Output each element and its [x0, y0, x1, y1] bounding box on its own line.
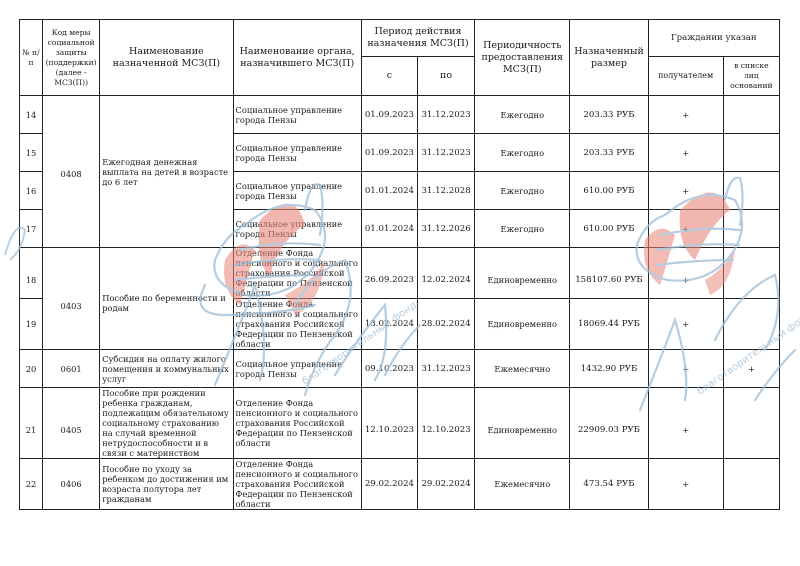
measure-name: Пособие при рождении ребенка гражданам, …	[100, 388, 233, 459]
period-to: 28.02.2024	[418, 299, 475, 350]
recipient-mark: +	[648, 388, 723, 459]
measure-code: 0403	[43, 248, 100, 350]
frequency: Ежемесячно	[475, 350, 570, 388]
period-to: 12.02.2024	[418, 248, 475, 299]
frequency: Ежемесячно	[475, 459, 570, 510]
period-from: 13.02.2024	[361, 299, 417, 350]
recipient-mark: +	[648, 248, 723, 299]
in-list-mark	[723, 210, 779, 248]
measure-name: Пособие по уходу за ребенком до достижен…	[100, 459, 233, 510]
period-from: 01.09.2023	[361, 96, 417, 134]
measure-code: 0601	[43, 350, 100, 388]
header-period: Период действия назначения МСЗ(П)	[361, 20, 474, 57]
period-from: 01.01.2024	[361, 172, 417, 210]
amount: 22909.03 РУБ	[570, 388, 648, 459]
organ-name: Социальное управление города Пензы	[233, 172, 361, 210]
recipient-mark: +	[648, 350, 723, 388]
measure-code: 0405	[43, 388, 100, 459]
measure-name: Ежегодная денежная выплата на детей в во…	[100, 96, 233, 248]
period-from: 01.01.2024	[361, 210, 417, 248]
row-number: 20	[20, 350, 43, 388]
header-citizen: Граждании указан	[648, 20, 779, 57]
table-row: 20 0601 Субсидия на оплату жилого помеще…	[20, 350, 780, 388]
recipient-mark: +	[648, 172, 723, 210]
period-from: 09.10.2023	[361, 350, 417, 388]
header-period-from: с	[361, 57, 417, 96]
amount: 473.54 РУБ	[570, 459, 648, 510]
recipient-mark: +	[648, 134, 723, 172]
in-list-mark	[723, 134, 779, 172]
period-from: 29.02.2024	[361, 459, 417, 510]
period-to: 12.10.2023	[418, 388, 475, 459]
amount: 610.00 РУБ	[570, 172, 648, 210]
organ-name: Социальное управление города Пензы	[233, 350, 361, 388]
recipient-mark: +	[648, 299, 723, 350]
in-list-mark	[723, 248, 779, 299]
header-organ: Наименование органа, назначившего МСЗ(П)	[233, 20, 361, 96]
period-to: 29.02.2024	[418, 459, 475, 510]
amount: 18069.44 РУБ	[570, 299, 648, 350]
period-to: 31.12.2023	[418, 96, 475, 134]
period-to: 31.12.2028	[418, 172, 475, 210]
row-number: 15	[20, 134, 43, 172]
organ-name: Отделение Фонда пенсионного и социальног…	[233, 248, 361, 299]
row-number: 14	[20, 96, 43, 134]
frequency: Ежегодно	[475, 210, 570, 248]
measure-code: 0408	[43, 96, 100, 248]
row-number: 21	[20, 388, 43, 459]
amount: 203.33 РУБ	[570, 134, 648, 172]
table-row: 14 0408 Ежегодная денежная выплата на де…	[20, 96, 780, 134]
header-name: Наименование назначенной МСЗ(П)	[100, 20, 233, 96]
organ-name: Отделение Фонда пенсионного и социальног…	[233, 459, 361, 510]
organ-name: Социальное управление города Пензы	[233, 134, 361, 172]
frequency: Ежегодно	[475, 96, 570, 134]
measure-code: 0406	[43, 459, 100, 510]
frequency: Единовременно	[475, 248, 570, 299]
row-number: 22	[20, 459, 43, 510]
period-from: 12.10.2023	[361, 388, 417, 459]
recipient-mark: +	[648, 210, 723, 248]
measure-name: Субсидия на оплату жилого помещения и ко…	[100, 350, 233, 388]
row-number: 17	[20, 210, 43, 248]
recipient-mark: +	[648, 459, 723, 510]
in-list-mark	[723, 96, 779, 134]
organ-name: Отделение Фонда пенсионного и социальног…	[233, 388, 361, 459]
measure-name: Пособие по беременности и родам	[100, 248, 233, 350]
frequency: Единовременно	[475, 388, 570, 459]
frequency: Ежегодно	[475, 134, 570, 172]
row-number: 18	[20, 248, 43, 299]
frequency: Единовременно	[475, 299, 570, 350]
recipient-mark: +	[648, 96, 723, 134]
header-amount: Назначенный размер	[570, 20, 648, 96]
header-frequency: Периодичность предоставления МСЗ(П)	[475, 20, 570, 96]
header-num: № п/п	[20, 20, 43, 96]
amount: 1432.90 РУБ	[570, 350, 648, 388]
frequency: Ежегодно	[475, 172, 570, 210]
table-row: 21 0405 Пособие при рождении ребенка гра…	[20, 388, 780, 459]
header-period-to: по	[418, 57, 475, 96]
in-list-mark: +	[723, 350, 779, 388]
period-to: 31.12.2023	[418, 350, 475, 388]
header-code: Код меры социальной защиты (поддержки) (…	[43, 20, 100, 96]
period-from: 26.09.2023	[361, 248, 417, 299]
header-in-list: в списке лиц оснований	[723, 57, 779, 96]
period-to: 31.12.2023	[418, 134, 475, 172]
organ-name: Отделение Фонда пенсионного и социальног…	[233, 299, 361, 350]
amount: 203.33 РУБ	[570, 96, 648, 134]
organ-name: Социальное управление города Пензы	[233, 210, 361, 248]
header-recipient: получателем	[648, 57, 723, 96]
in-list-mark	[723, 459, 779, 510]
in-list-mark	[723, 172, 779, 210]
benefits-table: № п/п Код меры социальной защиты (поддер…	[19, 19, 780, 510]
table-row: 22 0406 Пособие по уходу за ребенком до …	[20, 459, 780, 510]
period-to: 31.12.2026	[418, 210, 475, 248]
in-list-mark	[723, 388, 779, 459]
period-from: 01.09.2023	[361, 134, 417, 172]
in-list-mark	[723, 299, 779, 350]
row-number: 19	[20, 299, 43, 350]
row-number: 16	[20, 172, 43, 210]
amount: 158107.60 РУБ	[570, 248, 648, 299]
amount: 610.00 РУБ	[570, 210, 648, 248]
table-row: 18 0403 Пособие по беременности и родам …	[20, 248, 780, 299]
organ-name: Социальное управление города Пензы	[233, 96, 361, 134]
